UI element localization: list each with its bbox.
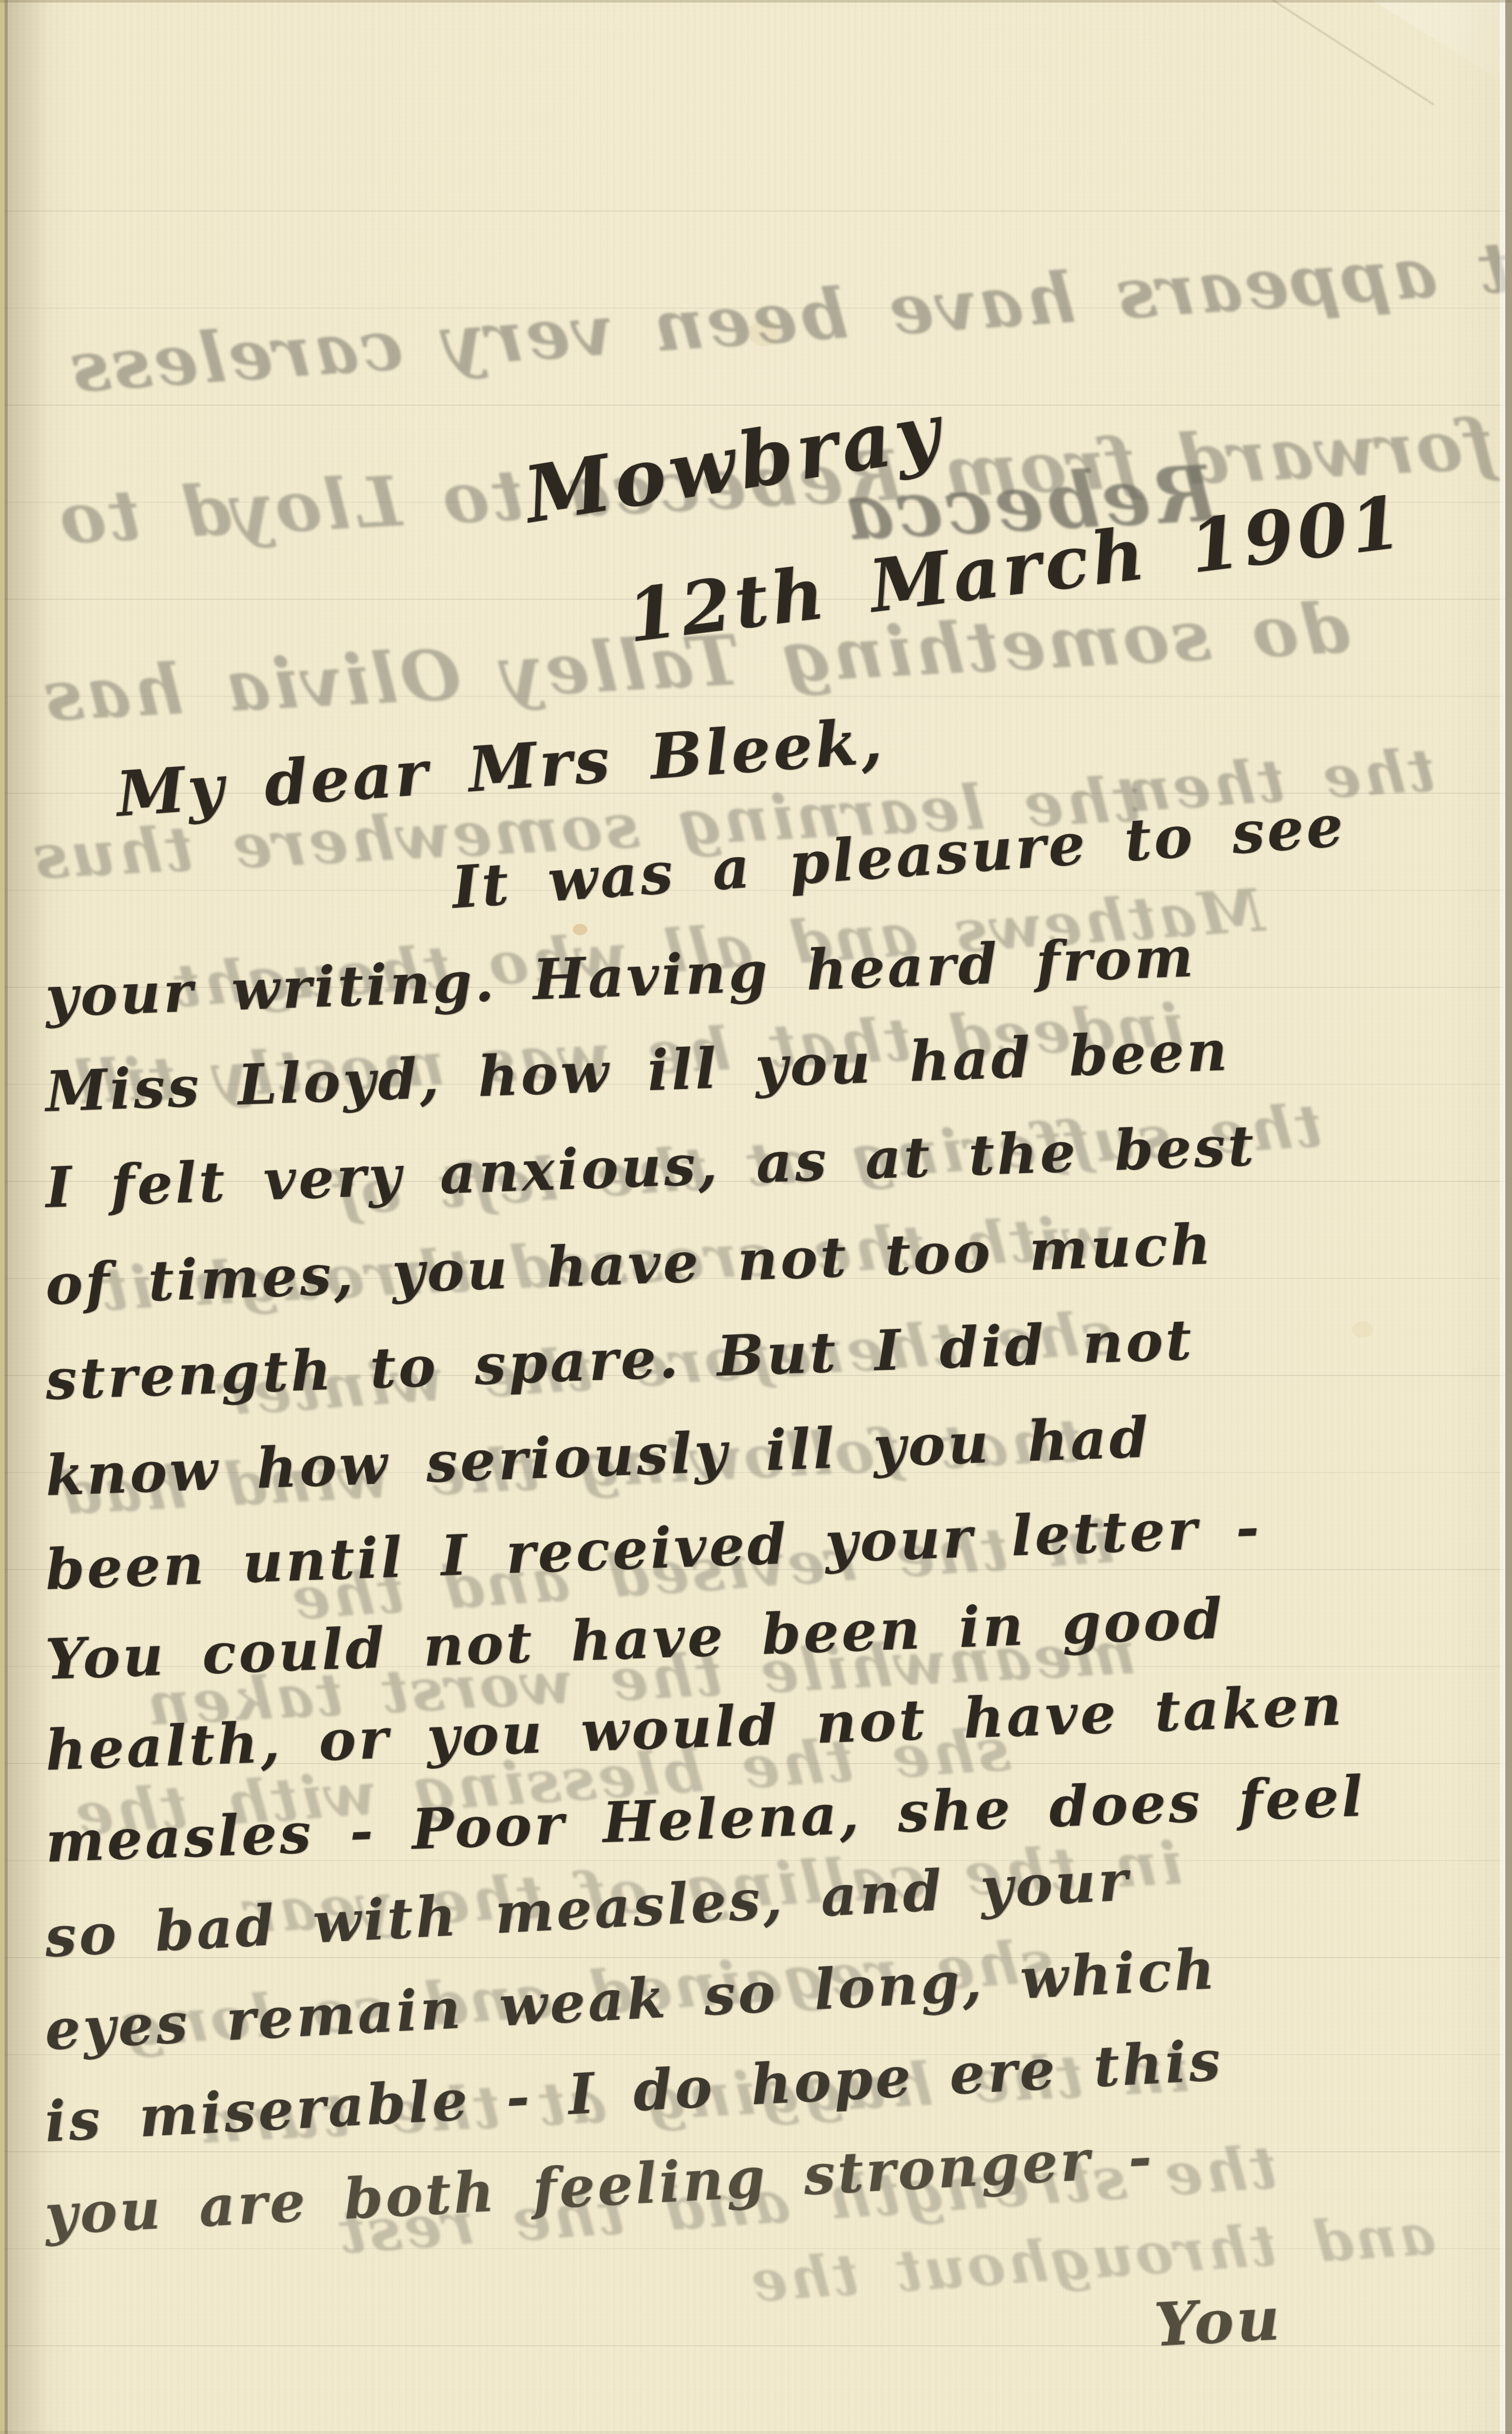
letter-page: it appears have been very carelessforwar…: [0, 0, 1512, 2434]
page-bottom-edge: [0, 2431, 1512, 2434]
page-right-edge: [1505, 0, 1512, 2434]
page-left-edge: [0, 0, 5, 2434]
page-right-edge-highlight: [1500, 0, 1505, 2434]
page-edges: [0, 0, 1512, 2434]
page-left-edge-shadow: [8, 0, 49, 2434]
page-left-edge-line: [5, 0, 8, 2434]
page-top-edge: [0, 0, 1512, 3]
